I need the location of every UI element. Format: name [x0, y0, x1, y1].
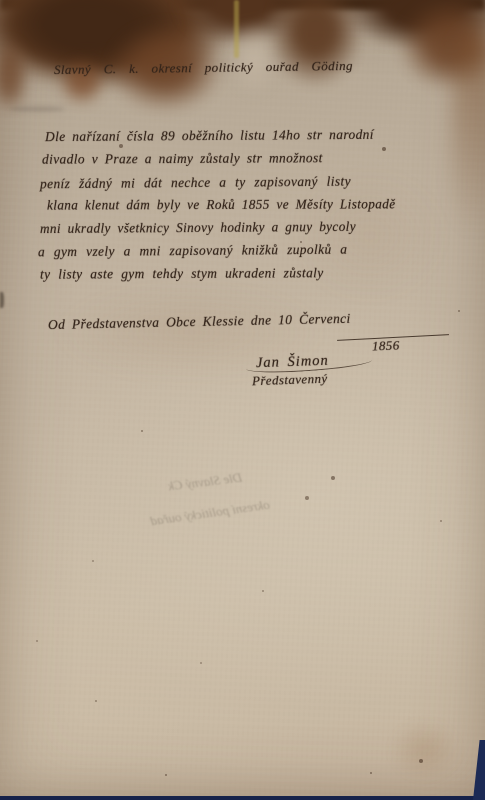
signature-title: Představenný — [252, 371, 328, 390]
gray-smudge — [10, 106, 65, 112]
backing-edge-bottom — [0, 796, 485, 800]
body-line: peníz žádný mi dát nechce a ty zapisovan… — [40, 174, 351, 193]
paper-background — [0, 0, 485, 800]
ink-specks — [0, 0, 2, 2]
body-line: a gym vzely a mni zapisovaný knižků zupo… — [38, 242, 348, 261]
body-line: divadlo v Praze a naimy zůstaly str množ… — [42, 150, 323, 167]
watermark-blotch — [390, 720, 460, 780]
body-line: klana klenut dám byly ve Roků 1855 ve Mě… — [47, 196, 396, 213]
body-line: mni ukradly všetknicy Sinovy hodinky a g… — [40, 219, 356, 237]
body-line: ty listy aste gym tehdy stym ukradeni zů… — [40, 265, 324, 282]
stain-right-edge-smear — [452, 35, 485, 235]
left-edge-dark-spot — [0, 292, 4, 308]
body-line: Dle nařízaní čísla 89 oběžního listu 14h… — [45, 127, 374, 145]
yellow-fiber-streak — [234, 0, 239, 58]
closing-year: 1856 — [372, 338, 400, 355]
